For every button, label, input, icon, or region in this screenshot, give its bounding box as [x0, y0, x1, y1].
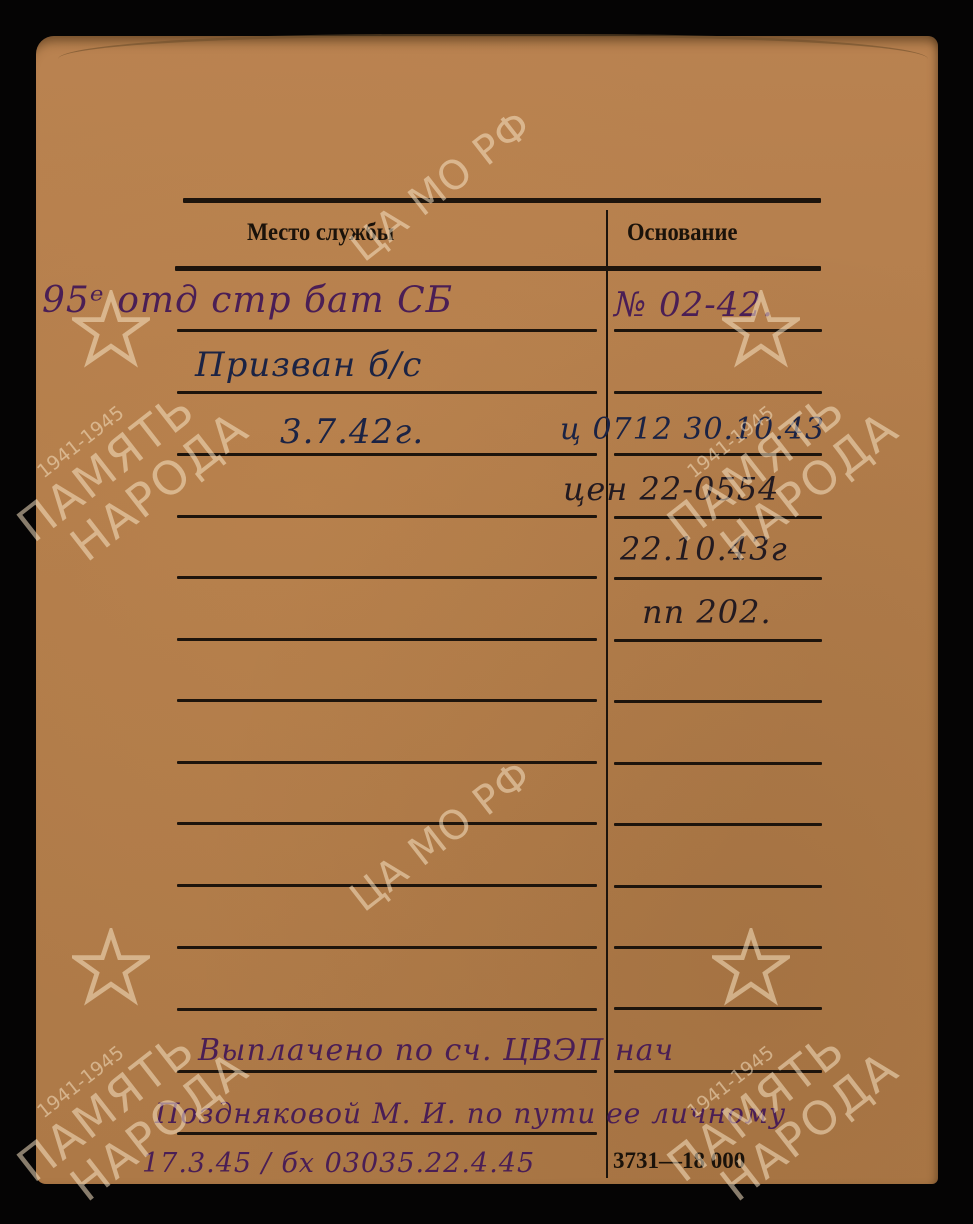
row-rule	[614, 1070, 822, 1073]
basis-field-post: пп 202.	[642, 593, 772, 631]
header-underline	[175, 266, 821, 271]
row-rule	[177, 391, 597, 394]
row-rule	[614, 516, 822, 519]
footer-note-line1: Выплачено по сч. ЦВЭП нач	[198, 1033, 674, 1068]
entry-conscripted: Призван б/с	[195, 345, 422, 385]
header-basis: Основание	[627, 219, 737, 247]
row-rule	[177, 761, 597, 764]
row-rule	[177, 699, 597, 702]
row-rule	[177, 1132, 597, 1135]
entry-date: 3.7.42г.	[280, 412, 424, 452]
row-rule	[177, 1070, 597, 1073]
basis-order-number: № 02-42.	[614, 285, 774, 325]
row-rule	[614, 885, 822, 888]
row-rule	[614, 823, 822, 826]
row-rule	[177, 329, 597, 332]
row-rule	[177, 946, 597, 949]
row-rule	[177, 1008, 597, 1011]
row-rule	[614, 700, 822, 703]
footer-note-line3: 17.3.45 / бх 03035.22.4.45	[142, 1148, 535, 1179]
basis-order-3: цен 22-0554	[563, 470, 779, 508]
basis-date: 22.10.43г	[620, 530, 788, 568]
row-rule	[177, 638, 597, 641]
top-rule	[183, 198, 821, 203]
print-run-number: 3731—18 000	[613, 1148, 745, 1174]
entry-unit: 95ᵉ отд стр бат СБ	[42, 280, 453, 321]
row-rule	[614, 453, 822, 456]
header-place-of-service: Место службы	[247, 219, 394, 247]
row-rule	[614, 639, 822, 642]
row-rule	[177, 822, 597, 825]
row-rule	[177, 576, 597, 579]
document-card	[36, 36, 938, 1184]
row-rule	[177, 453, 597, 456]
row-rule	[614, 577, 822, 580]
row-rule	[614, 1007, 822, 1010]
row-rule	[614, 329, 822, 332]
row-rule	[614, 946, 822, 949]
row-rule	[177, 515, 597, 518]
row-rule	[177, 884, 597, 887]
basis-order-2: ц 0712 30.10.43	[560, 412, 825, 447]
row-rule	[614, 762, 822, 765]
row-rule	[614, 391, 822, 394]
footer-note-line2: Поздняковой М. И. по пути ее личному	[155, 1097, 786, 1130]
